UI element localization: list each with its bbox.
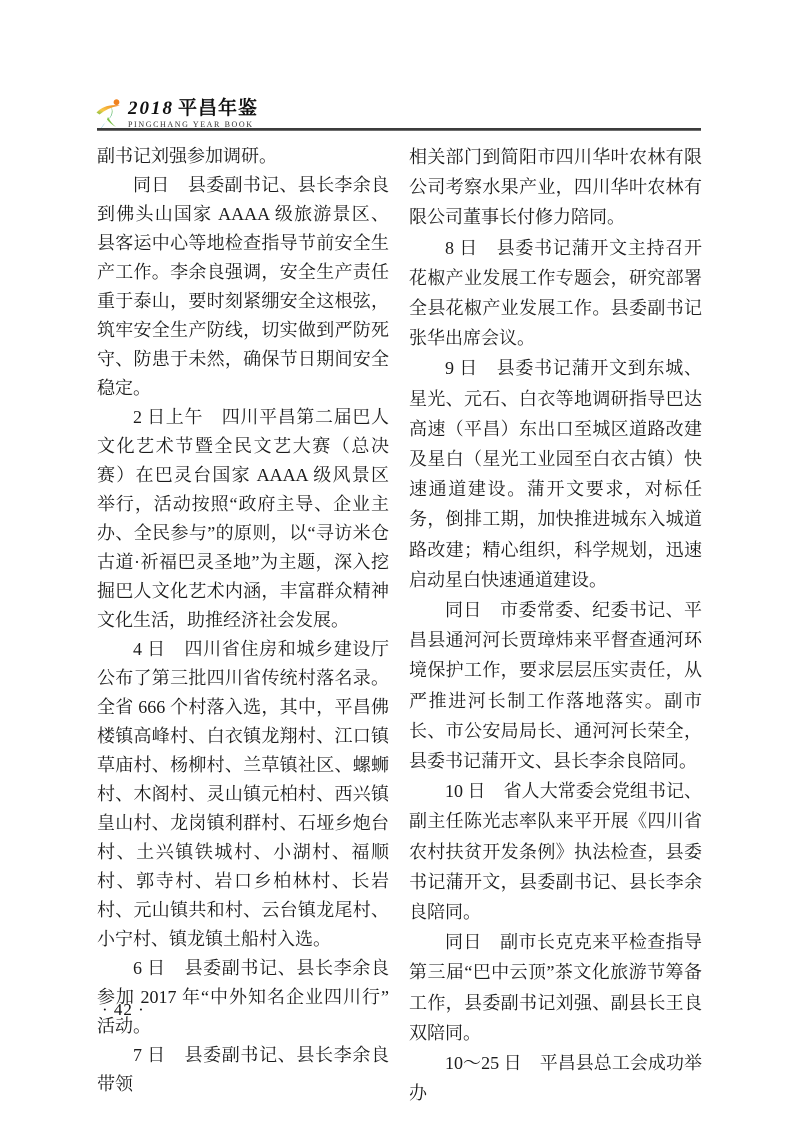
paragraph: 10 日 省人大常委会党组书记、副主任陈光志率队来平开展《四川省农村扶贫开发条例… xyxy=(409,776,702,927)
paragraph: 9 日 县委书记蒲开文到东城、星光、元石、白衣等地调研指导巴达高速（平昌）东出口… xyxy=(409,353,702,595)
paragraph: 4 日 四川省住房和城乡建设厅公布了第三批四川省传统村落名录。全省 666 个村… xyxy=(97,635,389,954)
page-number: · 42 · xyxy=(102,1000,145,1020)
paragraph: 同日 副市长克克来平检查指导第三届“巴中云顶”茶文化旅游节筹备工作，县委副书记刘… xyxy=(409,927,702,1048)
paragraph: 2 日上午 四川平昌第二届巴人文化艺术节暨全民文艺大赛（总决赛）在巴灵台国家 A… xyxy=(97,403,389,635)
left-column: 副书记刘强参加调研。 同日 县委副书记、县长李余良到佛头山国家 AAAA 级旅游… xyxy=(97,142,389,1099)
paragraph: 副书记刘强参加调研。 xyxy=(97,142,389,171)
yearbook-page: 2018平昌年鉴 PINGCHANG YEAR BOOK 副书记刘强参加调研。 … xyxy=(0,0,793,1122)
paragraph: 相关部门到简阳市四川华叶农林有限公司考察水果产业，四川华叶农林有限公司董事长付修… xyxy=(409,142,702,233)
brand-block: 2018平昌年鉴 PINGCHANG YEAR BOOK xyxy=(128,99,258,129)
brand-name: 平昌年鉴 xyxy=(178,98,258,119)
paragraph: 8 日 县委书记蒲开文主持召开花椒产业发展工作专题会，研究部署全县花椒产业发展工… xyxy=(409,233,702,354)
brand-year: 2018 xyxy=(128,98,174,119)
paragraph: 7 日 县委副书记、县长李余良带领 xyxy=(97,1041,389,1099)
paragraph: 同日 县委副书记、县长李余良到佛头山国家 AAAA 级旅游景区、县客运中心等地检… xyxy=(97,171,389,403)
paragraph: 10～25 日 平昌县总工会成功举办 xyxy=(409,1048,702,1108)
header-rule xyxy=(97,128,701,131)
brand-title: 2018平昌年鉴 xyxy=(128,99,258,119)
paragraph: 同日 市委常委、纪委书记、平昌县通河河长贾璋炜来平督查通河环境保护工作，要求层层… xyxy=(409,595,702,776)
paragraph: 6 日 县委副书记、县长李余良参加 2017 年“中外知名企业四川行”活动。 xyxy=(97,954,389,1041)
yearbook-logo-icon xyxy=(95,98,123,131)
right-column: 相关部门到简阳市四川华叶农林有限公司考察水果产业，四川华叶农林有限公司董事长付修… xyxy=(409,142,702,1109)
